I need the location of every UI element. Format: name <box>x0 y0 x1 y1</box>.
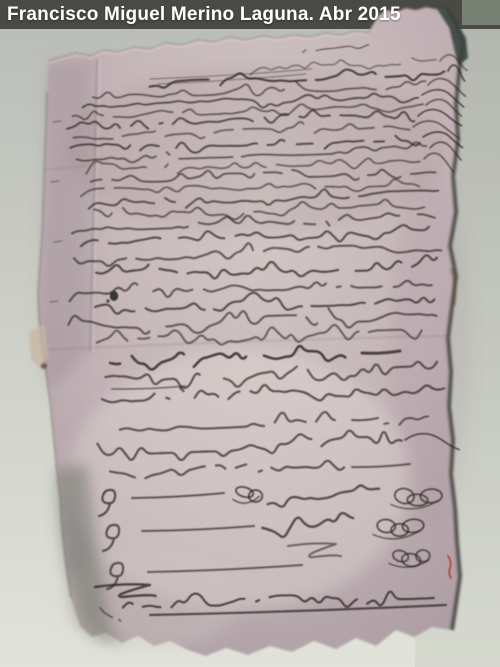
manuscript-photo-image <box>0 0 500 667</box>
manuscript-photo: Francisco Miguel Merino Laguna. Abr 2015 <box>0 0 500 667</box>
